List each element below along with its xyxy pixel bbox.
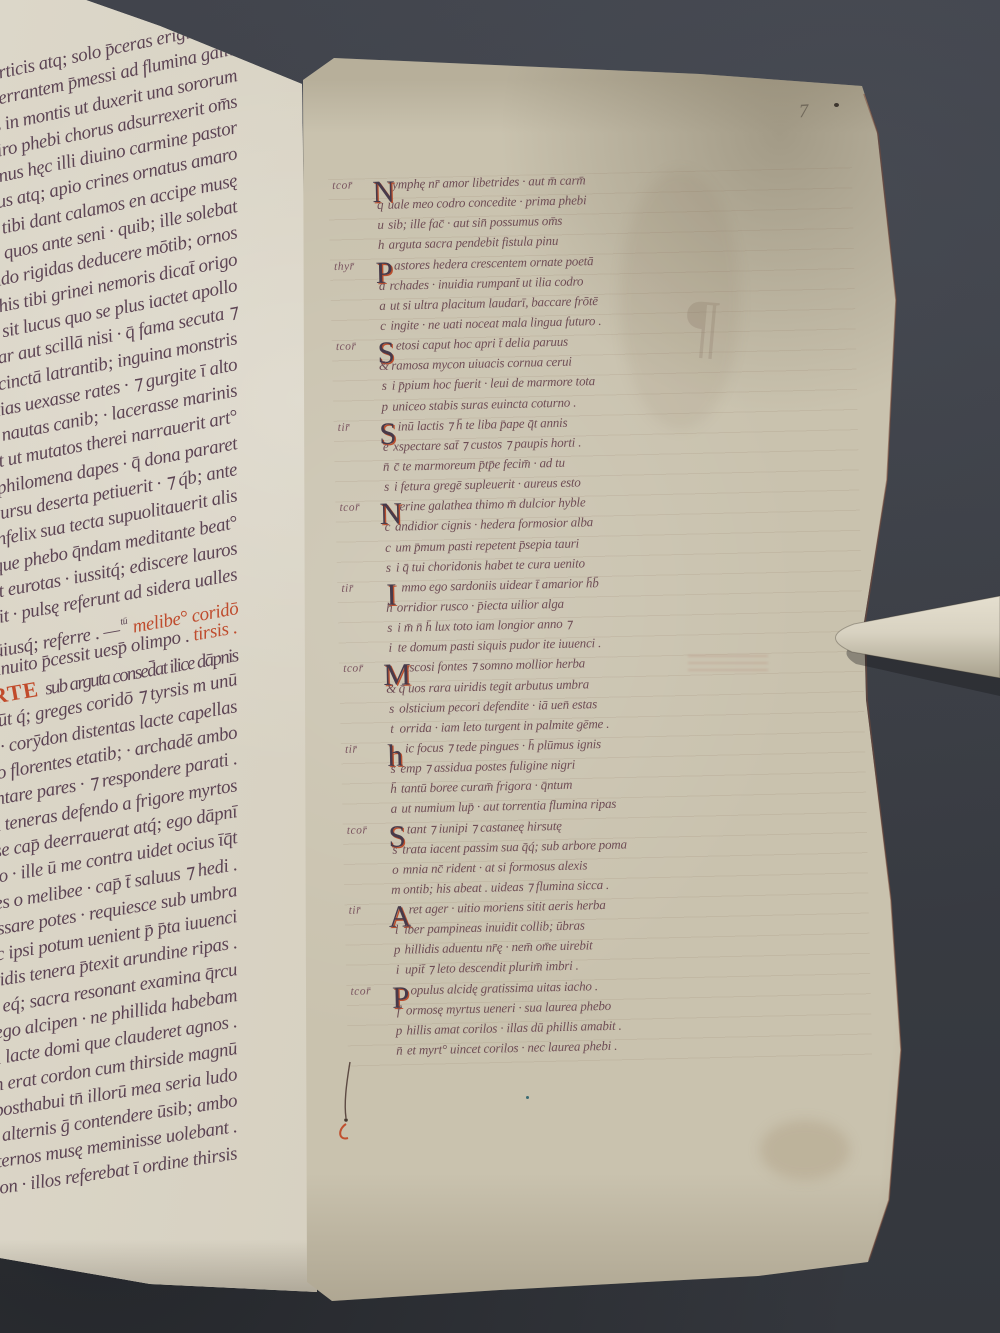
verse-initial: s (379, 477, 394, 497)
verse-text: arguta sacra pendebit fistula pinu (388, 233, 558, 252)
right-text-block: tcor̄Nymphę nr̄ amor libetrides · aut m̄… (332, 164, 882, 1062)
verse-initial: h (373, 235, 388, 255)
verse-initial: & (376, 356, 391, 376)
verse-text: trata iacent passim sua q̄q́; sub arbore… (402, 836, 627, 856)
speaker-label: tcor̄ (339, 498, 360, 519)
verse-initial: e (378, 437, 393, 457)
verse-text: etosi caput hoc apri t̄ delia paruus (396, 334, 568, 353)
verse-text: et myrt° uincet corilos · nec laurea phe… (407, 1038, 618, 1058)
verse-text: uniceo stabis suras euincta coturno . (392, 394, 576, 413)
verse-initial: l (389, 920, 404, 940)
verse-text: ic focus ⁊ tede pingues · h̄ plūmus igni… (405, 736, 601, 755)
verse-text: ret ager · uitio moriens sitit aeris her… (408, 897, 605, 916)
verse-text: uale meo codro concedite · prima phebi (387, 192, 586, 212)
verse-text: hillis amat corilos · illas dū phillis a… (406, 1018, 622, 1038)
verse-text: i q̄ tui choridonis habet te cura uenito (396, 555, 585, 574)
verse-text: i fetura gregē supleuerit · aureus esto (394, 475, 581, 494)
verse-text: iber pampineas inuidit collib; ūbras (404, 918, 585, 937)
speaker-label: tcor̄ (332, 176, 353, 197)
verse-text: tantū boree curam̄ frigora · q̄ntum (401, 777, 573, 796)
speaker-label: tcor̄ (343, 659, 364, 680)
verse-text: erine galathea thimo m̄ dulcior hyble (399, 495, 585, 514)
verse-text: olsticium pecori defendite · iā uen̄ est… (399, 696, 597, 715)
manuscript-photo: corticis atq; solo p̄ceras erigit alnosc… (0, 0, 1000, 1333)
blue-speck (526, 1096, 529, 1099)
ink-speck (834, 103, 839, 107)
verse-text: ut numium lup̄ · aut torrentia flumina r… (401, 796, 616, 816)
verse-initial: & (383, 678, 398, 698)
speaker-label: tcor̄ (350, 981, 371, 1002)
folio-number: 7 (798, 101, 809, 124)
verse-initial: n̄ (392, 1041, 407, 1061)
verse-initial: c (375, 316, 390, 336)
verse-text: ymphę nr̄ amor libetrides · aut m̄ carm̄ (392, 172, 586, 191)
verse-text: andidior cignis · hedera formosior alba (395, 515, 593, 534)
speaker-label: tcor̄ (347, 820, 368, 841)
verse-text: tant ⁊ iunipi ⁊ castaneę hirsutę (407, 817, 562, 836)
verse-text: rchades · inuidia rumpant̄ ut ilia codro (389, 273, 583, 292)
verse-initial: s (385, 759, 400, 779)
verse-text: te domum pasti siquis pudor ite iuuenci … (398, 635, 602, 655)
verse-initial: a (386, 799, 401, 819)
parchment-stain (760, 1120, 850, 1180)
verse-text: ormosę myrtus ueneri · sua laurea phebo (406, 998, 611, 1018)
verse-initial: p (389, 940, 404, 960)
offset-stain (688, 655, 768, 671)
verse-text: mnia nc̄ rident · at si formosus alexis (403, 857, 588, 876)
verse-initial: i (390, 960, 405, 980)
verse-initial: h (382, 598, 397, 618)
verse-text: upit̄ ⁊ leto descendit plurim̄ imbri . (405, 958, 579, 977)
verse-text: ingite · ne uati noceat mala lingua futu… (390, 313, 601, 333)
verse-initial: s (387, 839, 402, 859)
verse-text: emp ⁊ assidua postes fuligine nigri (400, 757, 575, 776)
verse-initial: o (388, 859, 403, 879)
verse-initial: s (377, 376, 392, 396)
verse-text: mmo ego sardoniis uidear t̄ amarior h̄b̄ (401, 575, 599, 594)
speaker-label: tir̄ (337, 417, 350, 437)
verse-initial: s (382, 618, 397, 638)
verse-text: ramosa mycon uiuacis cornua cerui (391, 354, 572, 373)
verse-text: q̄ uos rara uiridis tegit arbutus umbra (398, 676, 589, 695)
verse-initial: q (372, 195, 387, 215)
verse-text: i m̄ n̄ h̄ lux toto iam longior anno ⁊ (397, 616, 572, 635)
speaker-label: tir̄ (348, 901, 361, 921)
verse-text: orrida · iam leto turgent in palmite gēm… (399, 716, 609, 736)
verse-text: opulus alcidę gratissima uitas iacho . (410, 978, 598, 997)
verse-initial: h̄ (386, 779, 401, 799)
verse-text: astores hedera crescentem ornate poetā (394, 253, 594, 273)
verse-text: ut si ultra placitum laudarī, baccare fr… (390, 293, 598, 313)
speaker-label: tcor̄ (336, 337, 357, 358)
verse-initial: n̄ (378, 457, 393, 477)
verse-initial: a (375, 296, 390, 316)
verse-initial: u (373, 215, 388, 235)
verse-initial: i (382, 638, 397, 658)
verse-initial: p (377, 396, 392, 416)
verse-initial: f (391, 1000, 406, 1020)
verse-initial: s (381, 557, 396, 577)
verse-text: um p̄mum pasti repetent p̄sepia tauri (395, 535, 579, 554)
verse-initial: s (384, 698, 399, 718)
verse-text: hillidis aduentu nr̄ę · nem̄ om̄e uirebi… (404, 938, 592, 957)
verse-text: inū lactis ⁊ h̄ te liba p̄ape q̄t annis (398, 414, 568, 433)
left-text-block: corticis atq; solo p̄ceras erigit alnosc… (0, 10, 237, 1167)
speaker-label: tir̄ (341, 578, 354, 598)
verse-text: c̄ te marmoreum p̄tp̄e fecim̄ · ad tu (393, 455, 565, 474)
verse-text: orridior rusco · p̄iecta uilior alga (397, 596, 564, 615)
verse-initial: t (384, 718, 399, 738)
verse-text: sib; ille fac̄ · aut sin̄ possumus om̄s (388, 213, 562, 232)
verse-text: i p̄pium hoc fuerit · leui de marmore to… (392, 373, 596, 393)
verse-initial: c (380, 537, 395, 557)
verse-initial: c (380, 517, 395, 537)
verse-text: uscosi fontes ⁊ somno mollior herba (403, 656, 585, 675)
verse-text: ontib; his abeat . uideas ⁊ flumina sicc… (403, 877, 609, 897)
verse-text: xspectare sat̄ ⁊ custos ⁊ paupis horti . (393, 434, 581, 453)
speaker-label: thyr̄ (334, 256, 355, 277)
parchment-stain (620, 170, 740, 430)
verse-initial: p (391, 1020, 406, 1040)
verse-initial: m (388, 879, 403, 899)
speaker-label: tir̄ (345, 740, 358, 760)
verse-initial: a (374, 275, 389, 295)
